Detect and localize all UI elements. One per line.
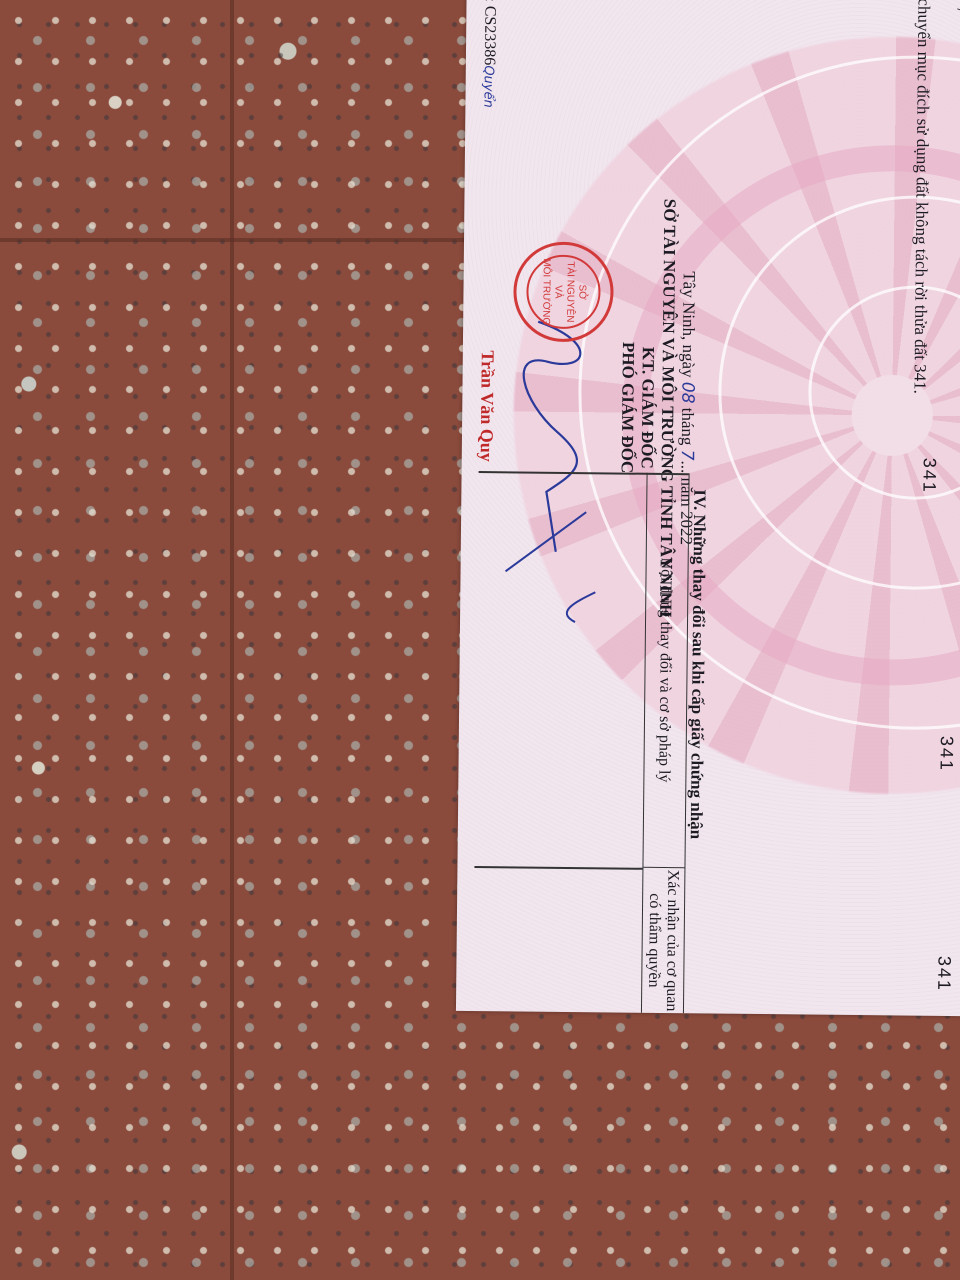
land-use-certificate-page: II. Thửa đất, nhà ở và tài sản khác gắn … (456, 0, 960, 1019)
official-red-stamp: SỞ TÀI NGUYÊN VÀ MÔI TRƯỜNG (513, 241, 614, 342)
handwritten-book: Quyển (480, 65, 495, 108)
section-iv-title: IV. Những thay đổi sau khi cấp giấy chứn… (686, 489, 709, 839)
neighbor-parcel: 341 (935, 736, 956, 772)
section-ii-land-info: II. Thửa đất, nhà ở và tài sản khác gắn … (910, 0, 960, 483)
perennial-value: -/- (954, 0, 960, 19)
handwritten-month: 7 (677, 450, 697, 461)
certificate-registry-number: Số vào sổ cấp GCN: CS23386Quyển (479, 0, 499, 108)
col-authority-confirmation: Xác nhận của cơ quan có thẩm quyền (641, 868, 685, 1013)
neighbor-parcel: 341 (933, 956, 954, 992)
col-change-content: Nội dung thay đổi và cơ sở pháp lý (642, 473, 688, 868)
tile-joint (230, 0, 234, 1280)
neighbor-parcel: 341 (918, 458, 939, 494)
changes-table: Nội dung thay đổi và cơ sở pháp lý Xác n… (473, 471, 690, 1013)
handwritten-day: 08 (677, 382, 697, 404)
